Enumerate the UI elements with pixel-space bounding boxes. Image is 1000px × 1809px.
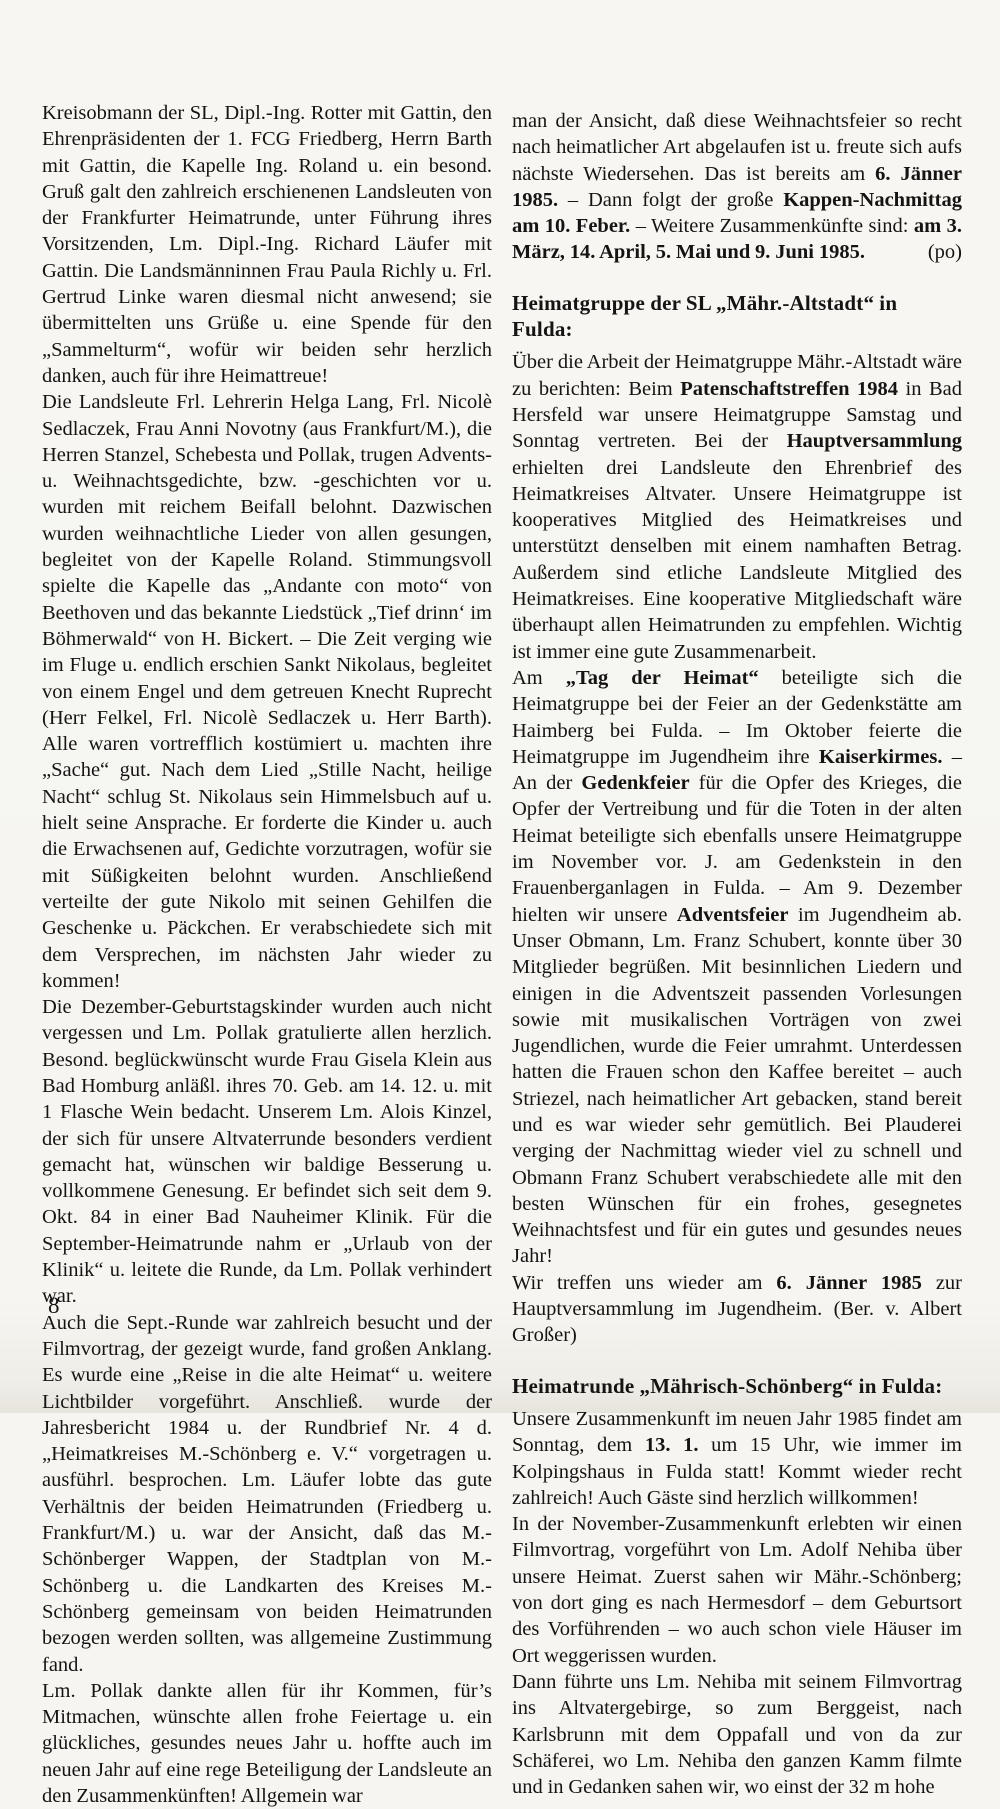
paragraph: Über die Arbeit der Heimatgruppe Mähr.-A… <box>512 349 962 665</box>
right-column: man der Ansicht, daß diese Weihnachtsfei… <box>512 108 962 1413</box>
paragraph: man der Ansicht, daß diese Weihnachtsfei… <box>512 108 962 266</box>
paragraph: Die Dezember-Geburtstagskinder wurden au… <box>42 994 492 1310</box>
section-heading: Heimatgruppe der SL „Mähr.-Altstadt“ in … <box>512 290 962 343</box>
page-number: 8 <box>48 1293 60 1319</box>
section-heading: Heimatrunde „Mährisch-Schönberg“ in Fuld… <box>512 1373 962 1399</box>
paragraph: Am „Tag der Heimat“ beteiligte sich die … <box>512 665 962 1270</box>
left-column: Kreisobmann der SL, Dipl.-Ing. Rotter mi… <box>42 100 492 1413</box>
paragraph: Auch die Sept.-Runde war zahlreich besuc… <box>42 1310 492 1413</box>
paragraph: Kreisobmann der SL, Dipl.-Ing. Rotter mi… <box>42 100 492 389</box>
paragraph: Wir treffen uns wieder am 6. Jänner 1985… <box>512 1270 962 1349</box>
newspaper-page: Kreisobmann der SL, Dipl.-Ing. Rotter mi… <box>0 0 1000 1413</box>
paragraph: Die Landsleute Frl. Lehrerin Helga Lang,… <box>42 389 492 994</box>
paragraph: Unsere Zusammenkunft im neuen Jahr 1985 … <box>512 1406 962 1413</box>
